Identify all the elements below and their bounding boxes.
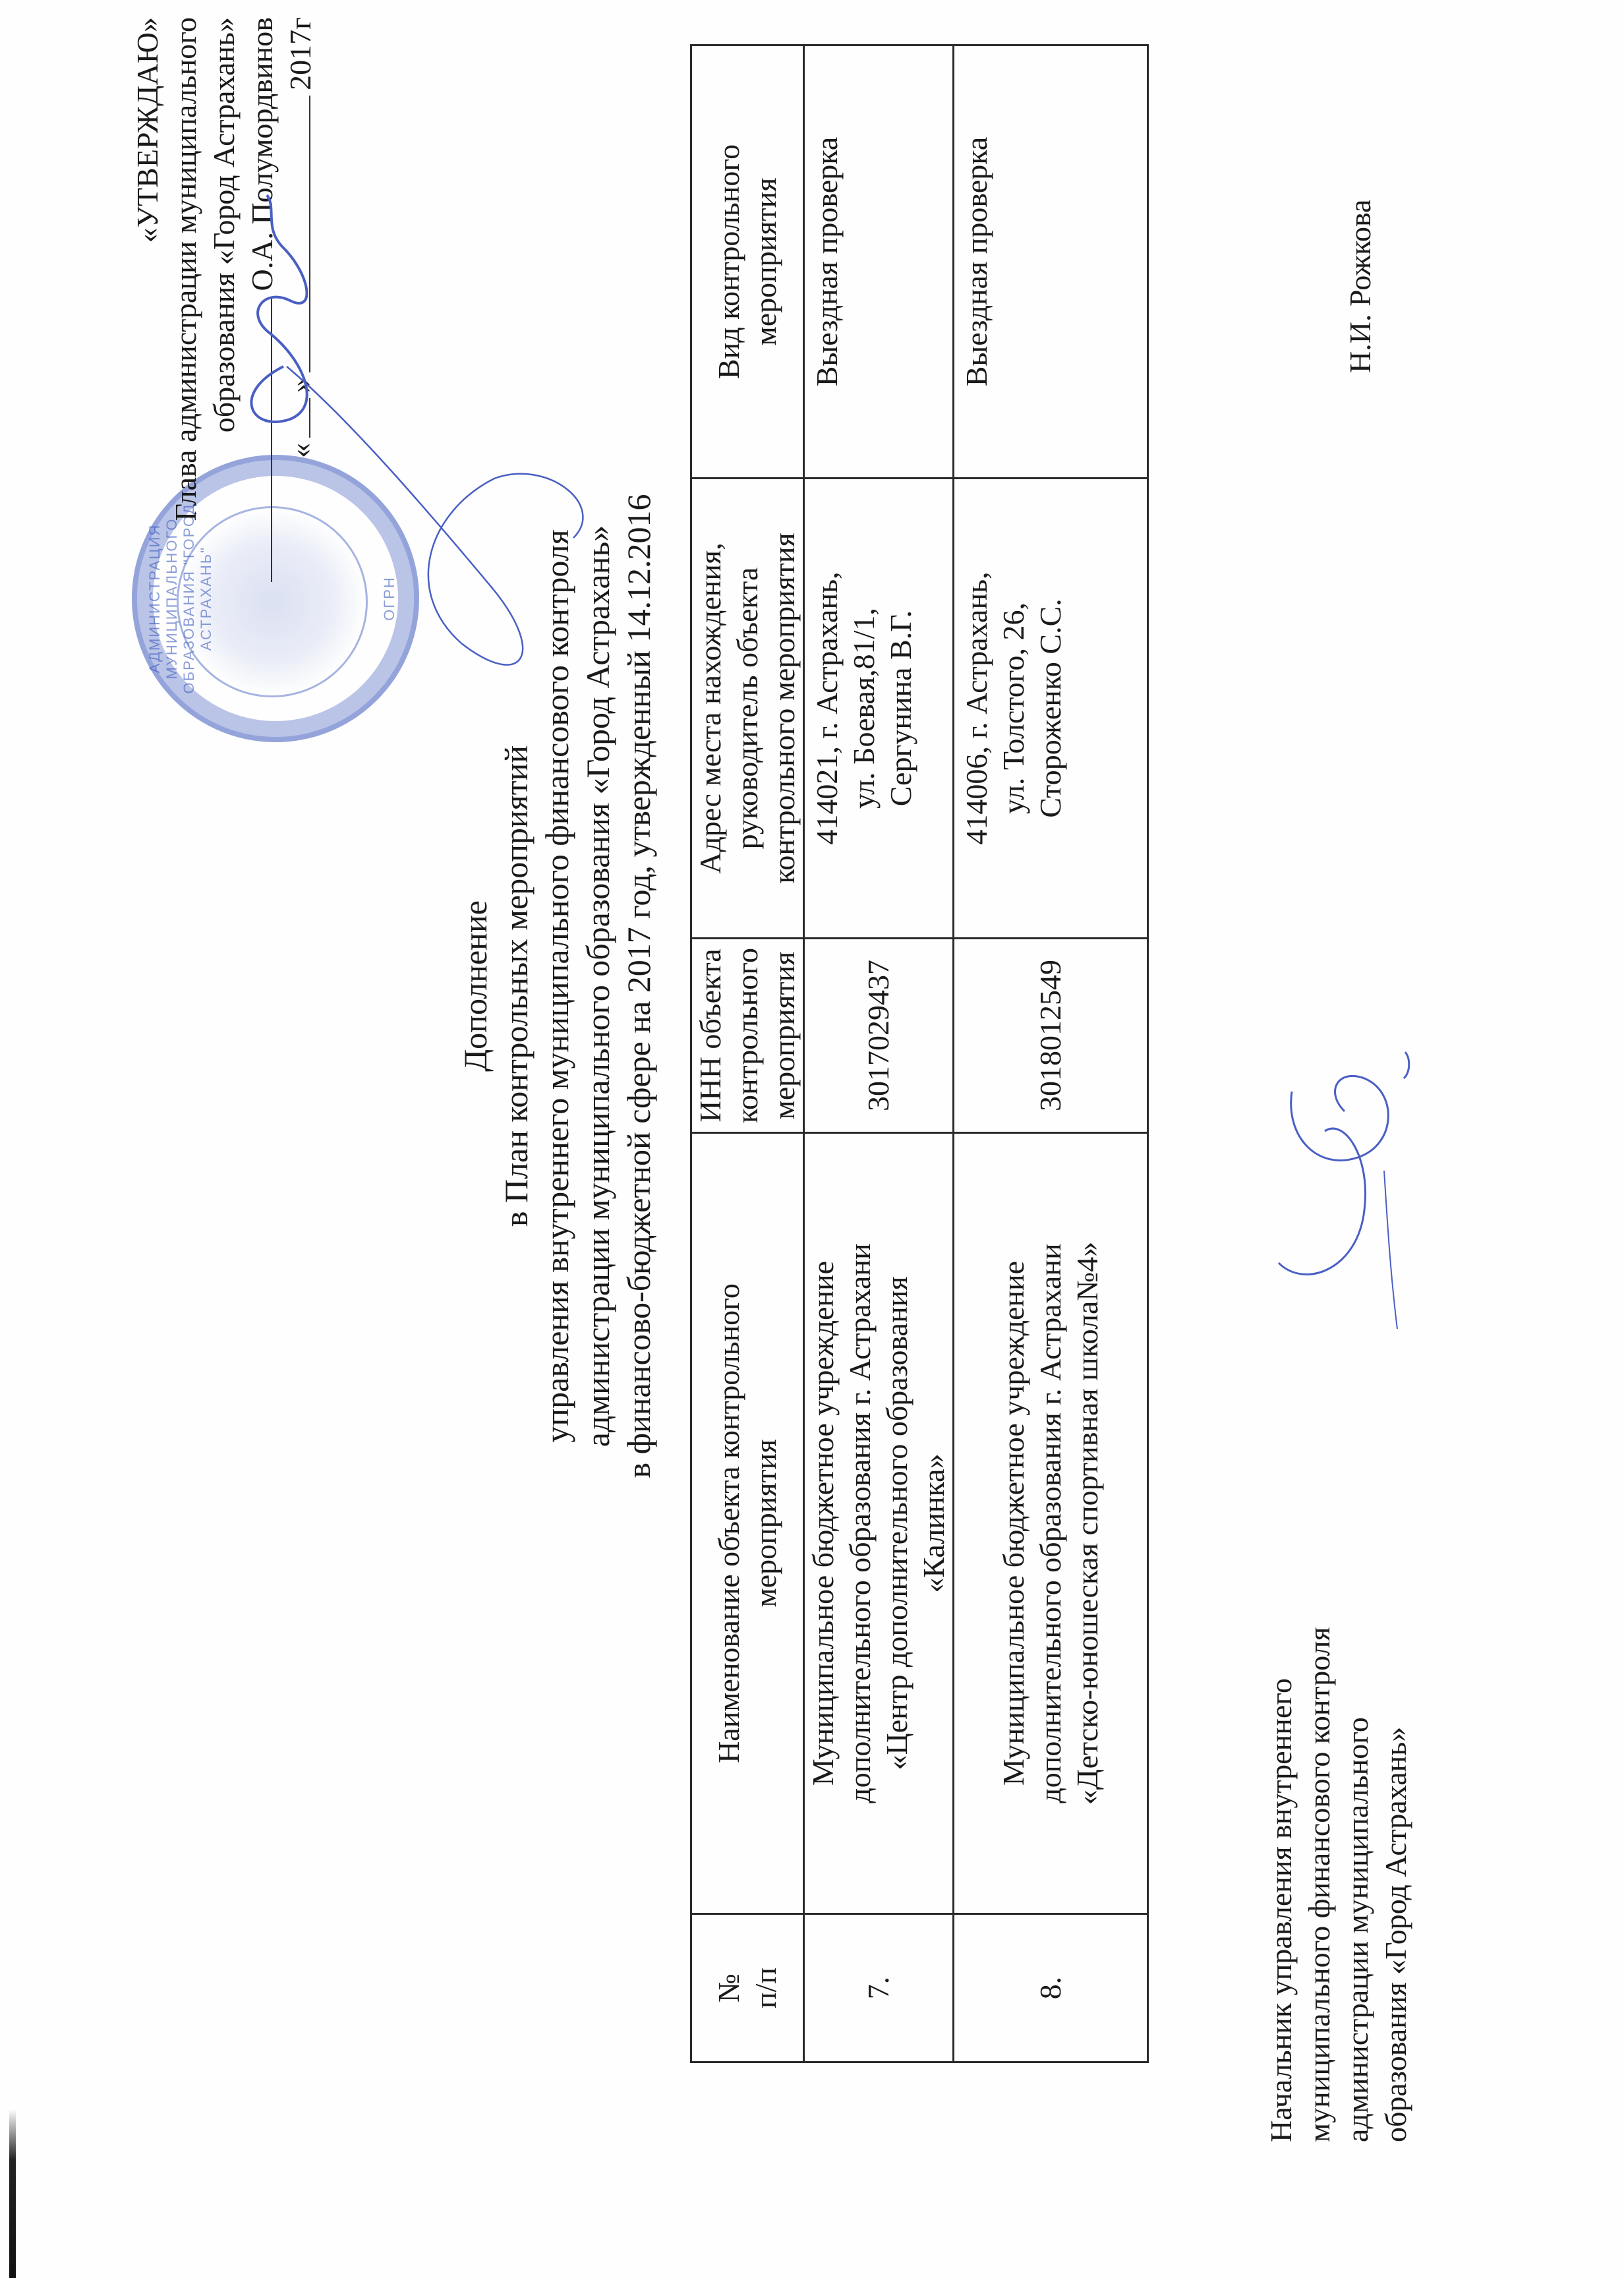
approval-block: «УТВЕРЖДАЮ» Глава администрации муниципа… (129, 17, 320, 808)
cell-name: Муниципальное бюджетное учреждение допол… (804, 1133, 954, 1914)
date-day-blank (309, 398, 310, 438)
approval-name: О.А. Полумордвинов (245, 17, 279, 291)
signer-block: Начальник управления внутреннего муницип… (1262, 1483, 1415, 2142)
stamp-ogrn-label: ОГРН (381, 460, 398, 737)
approval-position-line2: образования «Город Астрахань» (205, 17, 243, 808)
approval-date-line: « » 2017г (281, 17, 320, 808)
control-events-table: № п/п Наименование объекта контрольного … (690, 44, 1149, 2063)
table-row: 8. Муниципальное бюджетное учреждение до… (954, 45, 1148, 2062)
signer-line2: муниципального финансового контроля (1300, 1483, 1339, 2142)
cell-name: Муниципальное бюджетное учреждение допол… (954, 1133, 1148, 1914)
date-close-quote: » (281, 378, 320, 393)
scan-edge-artifact (9, 2109, 16, 2278)
signer-line4: образования «Город Астрахань» (1377, 1483, 1415, 2142)
header-type: Вид контрольного мероприятия (691, 45, 804, 479)
approval-position-line1: Глава администрации муниципального (167, 17, 205, 808)
signer-name: Н.И. Рожкова (1343, 199, 1377, 373)
date-year: 2017г (281, 17, 320, 90)
header-inn: ИНН объекта контрольного мероприятия (691, 939, 804, 1133)
cell-inn: 3018012549 (954, 939, 1148, 1133)
signature-blank (271, 299, 272, 582)
approval-name-line: О.А. Полумордвинов (243, 17, 281, 808)
title-line3: управления внутреннего муниципального фи… (536, 393, 577, 1579)
header-name: Наименование объекта контрольного меропр… (691, 1133, 804, 1914)
document-title: Дополнение в План контрольных мероприяти… (455, 393, 659, 1579)
header-address: Адрес места нахождения, руководитель объ… (691, 479, 804, 939)
cell-type: Выездная проверка (954, 45, 1148, 479)
cell-address: 414006, г. Астрахань, ул. Толстого, 26, … (954, 479, 1148, 939)
document-page: АДМИНИСТРАЦИЯ МУНИЦИПАЛЬНОГО ОБРАЗОВАНИЯ… (0, 0, 1624, 2278)
cell-type: Выездная проверка (804, 45, 954, 479)
header-num: № п/п (691, 1914, 804, 2062)
title-line5: в финансово-бюджетной сфере на 2017 год,… (618, 393, 659, 1579)
cell-address: 414021, г. Астрахань, ул. Боевая,81/1, С… (804, 479, 954, 939)
title-line4: администрации муниципального образования… (577, 393, 618, 1579)
signer-line3: администрации муниципального (1339, 1483, 1377, 2142)
cell-num: 8. (954, 1914, 1148, 2062)
title-line2: в План контрольных мероприятий (496, 393, 536, 1579)
cell-num: 7. (804, 1914, 954, 2062)
date-month-blank (309, 96, 310, 372)
approval-heading: «УТВЕРЖДАЮ» (129, 17, 167, 808)
signer-line1: Начальник управления внутреннего (1262, 1483, 1300, 2142)
table-row: 7. Муниципальное бюджетное учреждение до… (804, 45, 954, 2062)
cell-inn: 3017029437 (804, 939, 954, 1133)
title-line1: Дополнение (455, 393, 496, 1579)
table-header-row: № п/п Наименование объекта контрольного … (691, 45, 804, 2062)
signer-signature-icon (1265, 973, 1437, 1368)
date-open-quote: « (281, 443, 320, 458)
